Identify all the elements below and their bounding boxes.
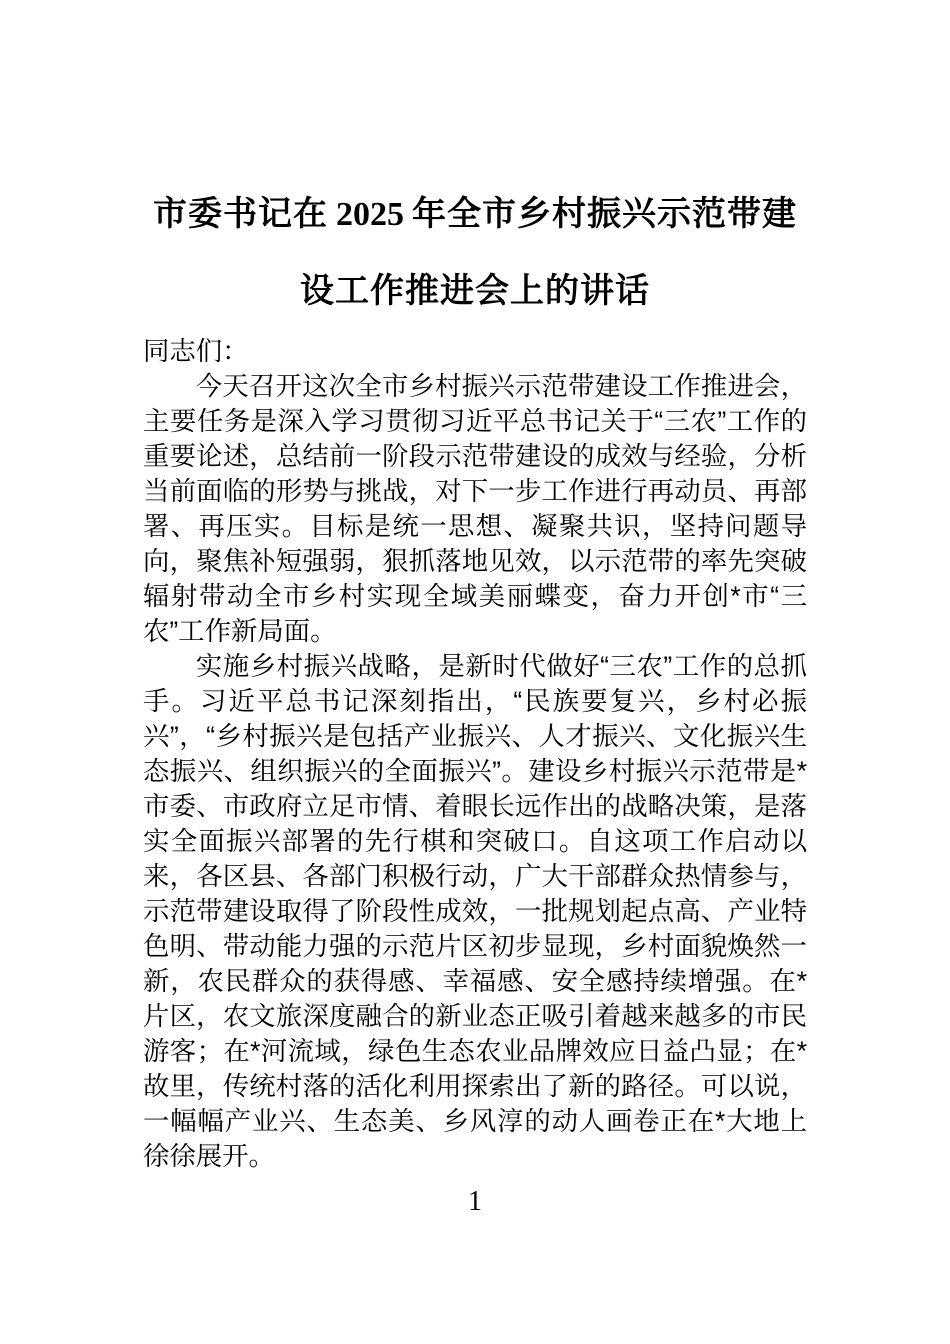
paragraph-2: 实施乡村振兴战略，是新时代做好“三农”工作的总抓手。习近平总书记深刻指出，“民族… xyxy=(143,649,807,1174)
paragraph-1: 今天召开这次全市乡村振兴示范带建设工作推进会，主要任务是深入学习贯彻习近平总书记… xyxy=(143,369,807,649)
document-title: 市委书记在2025年全市乡村振兴示范带建设工作推进会上的讲话 xyxy=(143,176,807,329)
document-title-year: 2025 xyxy=(336,196,404,233)
document-page: 市委书记在2025年全市乡村振兴示范带建设工作推进会上的讲话 同志们： 今天召开… xyxy=(0,0,950,1344)
page-number: 1 xyxy=(0,1185,950,1219)
document-title-prefix: 市委书记在 xyxy=(153,195,328,233)
salutation: 同志们： xyxy=(143,334,807,369)
document-body: 同志们： 今天召开这次全市乡村振兴示范带建设工作推进会，主要任务是深入学习贯彻习… xyxy=(143,334,807,1174)
